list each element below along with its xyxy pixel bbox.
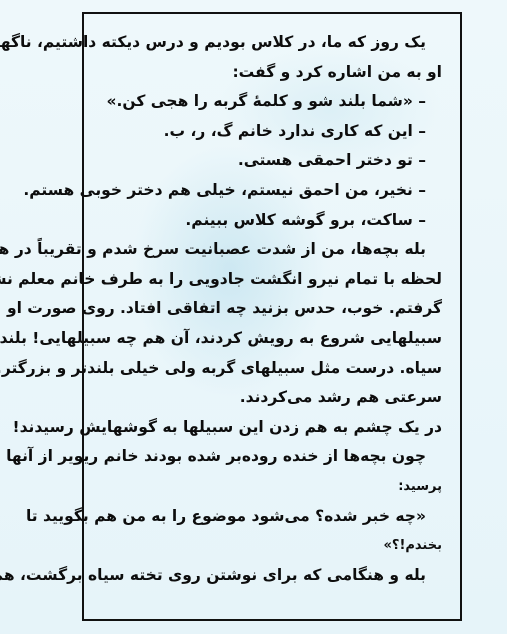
paragraph-line: پرسید: [98, 472, 442, 502]
paragraph-line: او به من اشاره کرد و گفت: [98, 58, 442, 88]
dialog-line: – این که کاری ندارد خانم گ، ر، ب. [98, 117, 442, 147]
paragraph-line: سرعتی هم رشد می‌کردند. [98, 383, 442, 413]
paragraph-line: سبیلهایی شروع به رویش کردند، آن هم چه سب… [98, 324, 442, 354]
paragraph-line: سیاه. درست مثل سبیلهای گربه ولی خیلی بلن… [98, 354, 442, 384]
paragraph-line: چون بچه‌ها از خنده روده‌بر شده بودند خان… [98, 442, 442, 472]
quote-line: «چه خبر شده؟ می‌شود موضوع را به من هم بگ… [98, 502, 442, 532]
paragraph-line: در یک چشم به هم زدن این سبیلها به گوشهای… [98, 413, 442, 443]
paragraph-line: بله بچه‌ها، من از شدت عصبانیت سرخ شدم و … [98, 235, 442, 265]
dialog-line: – ساکت، برو گوشه کلاس ببینم. [98, 206, 442, 236]
dialog-line: – تو دختر احمقی هستی. [98, 146, 442, 176]
paragraph-line: لحظه با تمام نیرو انگشت جادویی را به طرف… [98, 265, 442, 295]
paragraph-line: بله و هنگامی که برای نوشتن روی تخته سیاه… [98, 561, 442, 591]
dialog-line: – «شما بلند شو و کلمهٔ گربه را هجی کن.» [98, 87, 442, 117]
quote-line: بخندم!؟» [98, 531, 442, 561]
dialog-line: – نخیر، من احمق نیستم، خیلی هم دختر خوبی… [98, 176, 442, 206]
story-text-box: یک روز که ما، در کلاس بودیم و درس دیکته … [82, 12, 462, 621]
paragraph-line: گرفتم. خوب، حدس بزنید چه اتفاقی افتاد. ر… [98, 294, 442, 324]
paragraph-line: یک روز که ما، در کلاس بودیم و درس دیکته … [98, 28, 442, 58]
